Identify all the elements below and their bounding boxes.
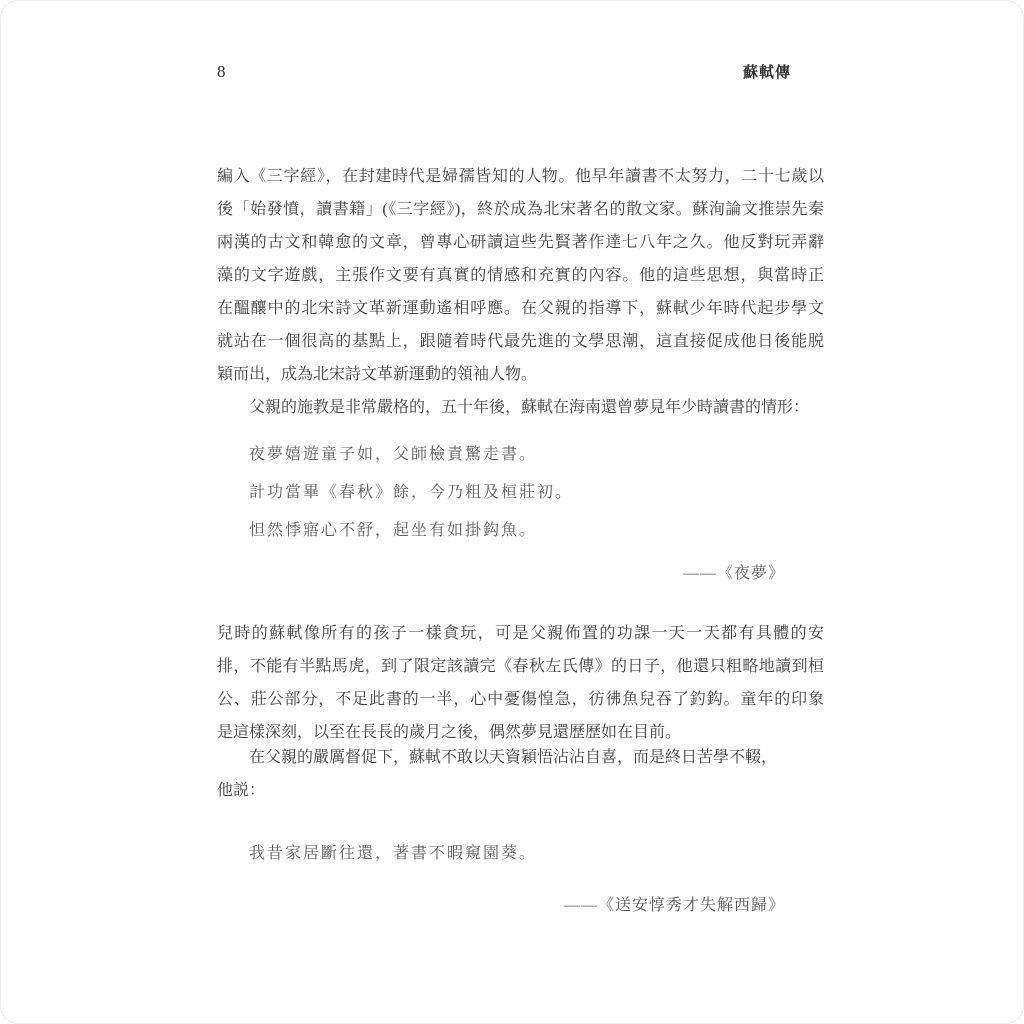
book-page: 8 蘇軾傳 編入《三字經》，在封建時代是婦孺皆知的人物。他早年讀書不太努力，二十…: [0, 0, 1024, 1024]
paragraph-1: 編入《三字經》，在封建時代是婦孺皆知的人物。他早年讀書不太努力，二十七歲以 後「…: [217, 160, 824, 391]
poem-attribution: ——《夜夢》: [217, 557, 785, 590]
paragraph-2: 父親的施教是非常嚴格的，五十年後，蘇軾在海南還曾夢見年少時讀書的情形：: [217, 391, 824, 424]
paragraph-3: 兒時的蘇軾像所有的孩子一樣貪玩，可是父親佈置的功課一天一天都有具體的安 排，不能…: [217, 617, 824, 749]
poem-line: 夜夢嬉遊童子如，父師檢責驚走書。: [249, 436, 573, 474]
body-line: 兒時的蘇軾像所有的孩子一樣貪玩，可是父親佈置的功課一天一天都有具體的安: [217, 617, 824, 650]
prose-quote: 我昔家居斷往還，著書不暇窺園葵。: [249, 837, 537, 870]
page-number: 8: [217, 62, 226, 82]
body-line: 就站在一個很高的基點上，跟隨着時代最先進的文學思潮，這直接促成他日後能脱: [217, 325, 824, 358]
body-line: 後「始發憤，讀書籍」(《三字經》)，終於成為北宋著名的散文家。蘇洵論文推崇先秦: [217, 193, 824, 226]
page-header: 8 蘇軾傳: [217, 61, 824, 82]
body-line: 父親的施教是非常嚴格的，五十年後，蘇軾在海南還曾夢見年少時讀書的情形：: [217, 391, 824, 424]
body-line: 排，不能有半點馬虎，到了限定該讀完《春秋左氏傳》的日子，他還只粗略地讀到桓: [217, 650, 824, 683]
body-line: 在醞釀中的北宋詩文革新運動遙相呼應。在父親的指導下，蘇軾少年時代起步學文: [217, 292, 824, 325]
poem-quote: 夜夢嬉遊童子如，父師檢責驚走書。 計功當畢《春秋》餘，今乃粗及桓莊初。 怛然悸寤…: [249, 436, 573, 550]
body-line: 兩漢的古文和韓愈的文章，曾專心研讀這些先賢著作達七八年之久。他反對玩弄辭: [217, 226, 824, 259]
paragraph-4: 在父親的嚴厲督促下，蘇軾不敢以天資穎悟沾沾自喜，而是終日苦學不輟， 他説：: [217, 741, 824, 807]
book-title: 蘇軾傳: [743, 61, 791, 82]
body-line: 穎而出，成為北宋詩文革新運動的領袖人物。: [217, 358, 824, 391]
body-line: 編入《三字經》，在封建時代是婦孺皆知的人物。他早年讀書不太努力，二十七歲以: [217, 160, 824, 193]
body-line: 藻的文字遊戲，主張作文要有真實的情感和充實的內容。他的這些思想，與當時正: [217, 259, 824, 292]
body-line: 公、莊公部分，不足此書的一半，心中憂傷惶急，彷彿魚兒吞了釣鈎。童年的印象: [217, 683, 824, 716]
poem-line: 怛然悸寤心不舒，起坐有如掛鈎魚。: [249, 512, 573, 550]
body-line: 他説：: [217, 774, 824, 807]
poem-line: 計功當畢《春秋》餘，今乃粗及桓莊初。: [249, 474, 573, 512]
quote-attribution: ——《送安惇秀才失解西歸》: [217, 889, 785, 922]
body-line: 在父親的嚴厲督促下，蘇軾不敢以天資穎悟沾沾自喜，而是終日苦學不輟，: [217, 741, 824, 774]
